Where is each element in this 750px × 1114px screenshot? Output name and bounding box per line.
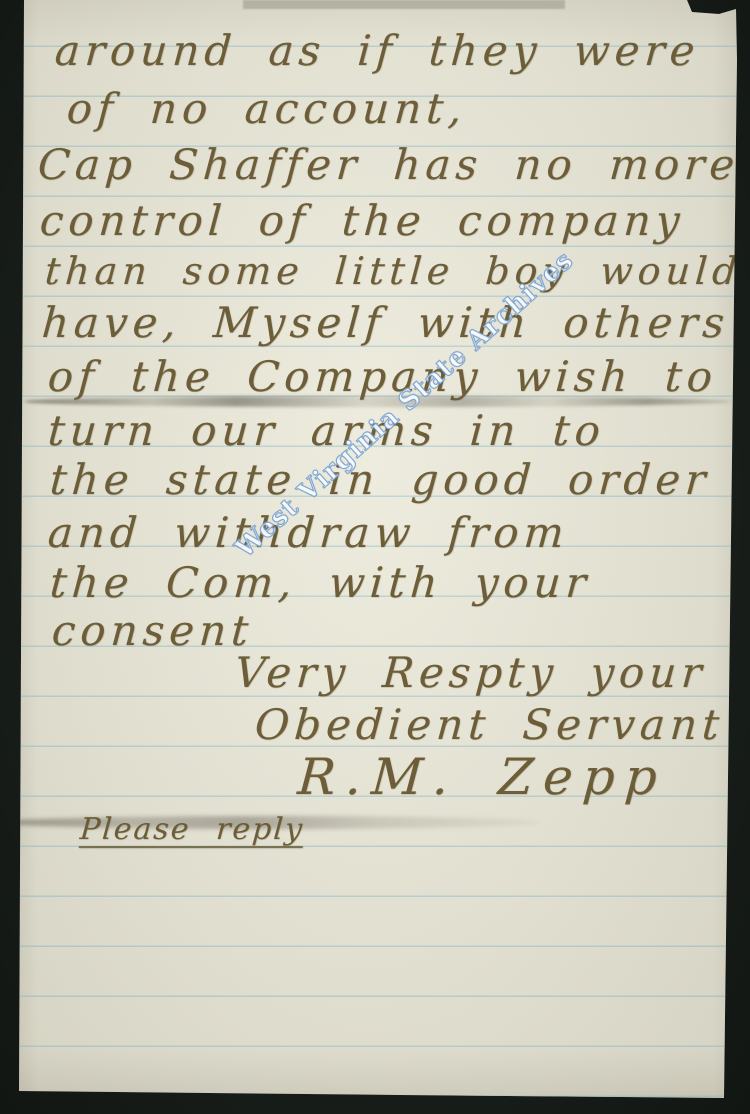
letter-line: Very Respty your bbox=[233, 648, 708, 697]
letter-line: control of the company bbox=[38, 196, 686, 245]
letter-line: Please reply bbox=[79, 812, 305, 847]
letter-line: Cap Shaffer has no more bbox=[36, 140, 741, 189]
letter-line: than some little boy would bbox=[43, 249, 743, 293]
letter-line: and withdraw from bbox=[46, 508, 570, 557]
page-edge-behind bbox=[243, 0, 565, 9]
letter-line: Obedient Servant bbox=[253, 700, 725, 749]
letter-body: around as if they wereof no account,Cap … bbox=[0, 0, 750, 1114]
letter-line: the Com, with your bbox=[48, 558, 592, 607]
letter-line: of no account, bbox=[65, 84, 468, 133]
letter-line: R.M. Zepp bbox=[296, 748, 669, 806]
letter-paper: around as if they wereof no account,Cap … bbox=[0, 0, 750, 1114]
letter-line: turn our arms in to bbox=[46, 406, 606, 455]
letter-line: around as if they were bbox=[53, 26, 701, 75]
letter-line: consent bbox=[50, 606, 255, 655]
letter-line: of the Company wish to bbox=[46, 352, 719, 401]
scanned-letter-photo: around as if they wereof no account,Cap … bbox=[0, 0, 750, 1114]
letter-line: the state in good order bbox=[48, 455, 712, 504]
letter-line: have, Myself with others bbox=[40, 298, 731, 347]
